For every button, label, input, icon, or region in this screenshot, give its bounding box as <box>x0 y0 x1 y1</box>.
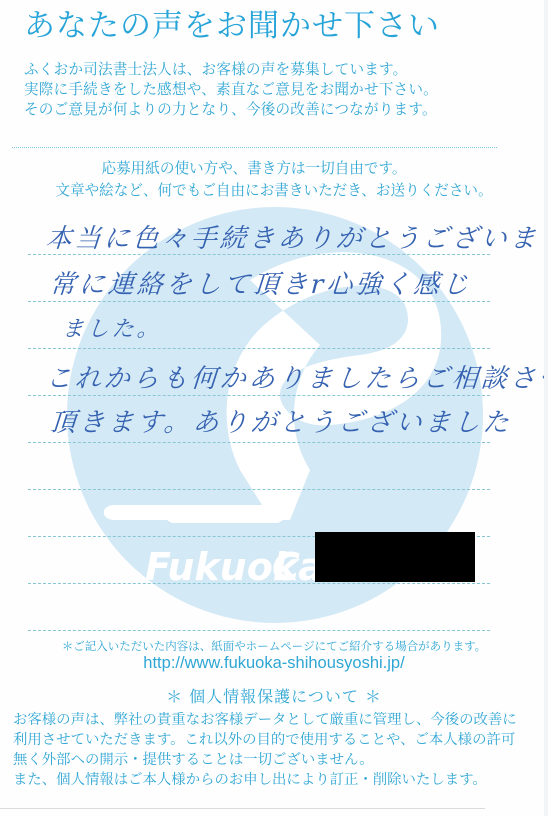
handwritten-line: 本当に色々手続きありがとうございました。 <box>45 218 548 255</box>
website-url[interactable]: http://www.fukuoka-shihousyoshi.jp/ <box>0 654 548 673</box>
privacy-line: お客様の声は、弊社の貴重なお客様データとして厳重に管理し、今後の改善に <box>13 710 533 730</box>
privacy-line: 無く外部への開示・提供することは一切ございません。 <box>13 750 533 770</box>
page-edge <box>0 808 485 809</box>
handwritten-line: 頂きます。ありがとうございました <box>49 402 514 439</box>
feedback-form-page: Fukuoka C あなたの声をお聞かせ下さい ふくおか司法書士法人は、お客様の… <box>0 0 548 816</box>
handwritten-line: ました。 <box>61 312 163 343</box>
footer-note: ＊ご記入いただいた内容は、紙面やホームページにてご紹介する場合があります。 <box>0 638 548 654</box>
scan-edge <box>544 0 548 816</box>
privacy-heading: ＊ 個人情報保護について ＊ <box>0 684 548 707</box>
privacy-line: また、個人情報はご本人様からのお申し出により訂正・削除いたします。 <box>13 770 533 790</box>
redacted-signature <box>315 532 475 582</box>
handwritten-line: これからも何かありましたらご相談させて <box>45 358 548 395</box>
privacy-line: 利用させていただきます。これ以外の目的で使用することや、ご本人様の許可 <box>13 730 533 750</box>
privacy-policy-text: お客様の声は、弊社の貴重なお客様データとして厳重に管理し、今後の改善に 利用させ… <box>13 710 533 790</box>
handwritten-line: 常に連絡をして頂きr心強く感じ <box>49 264 473 301</box>
